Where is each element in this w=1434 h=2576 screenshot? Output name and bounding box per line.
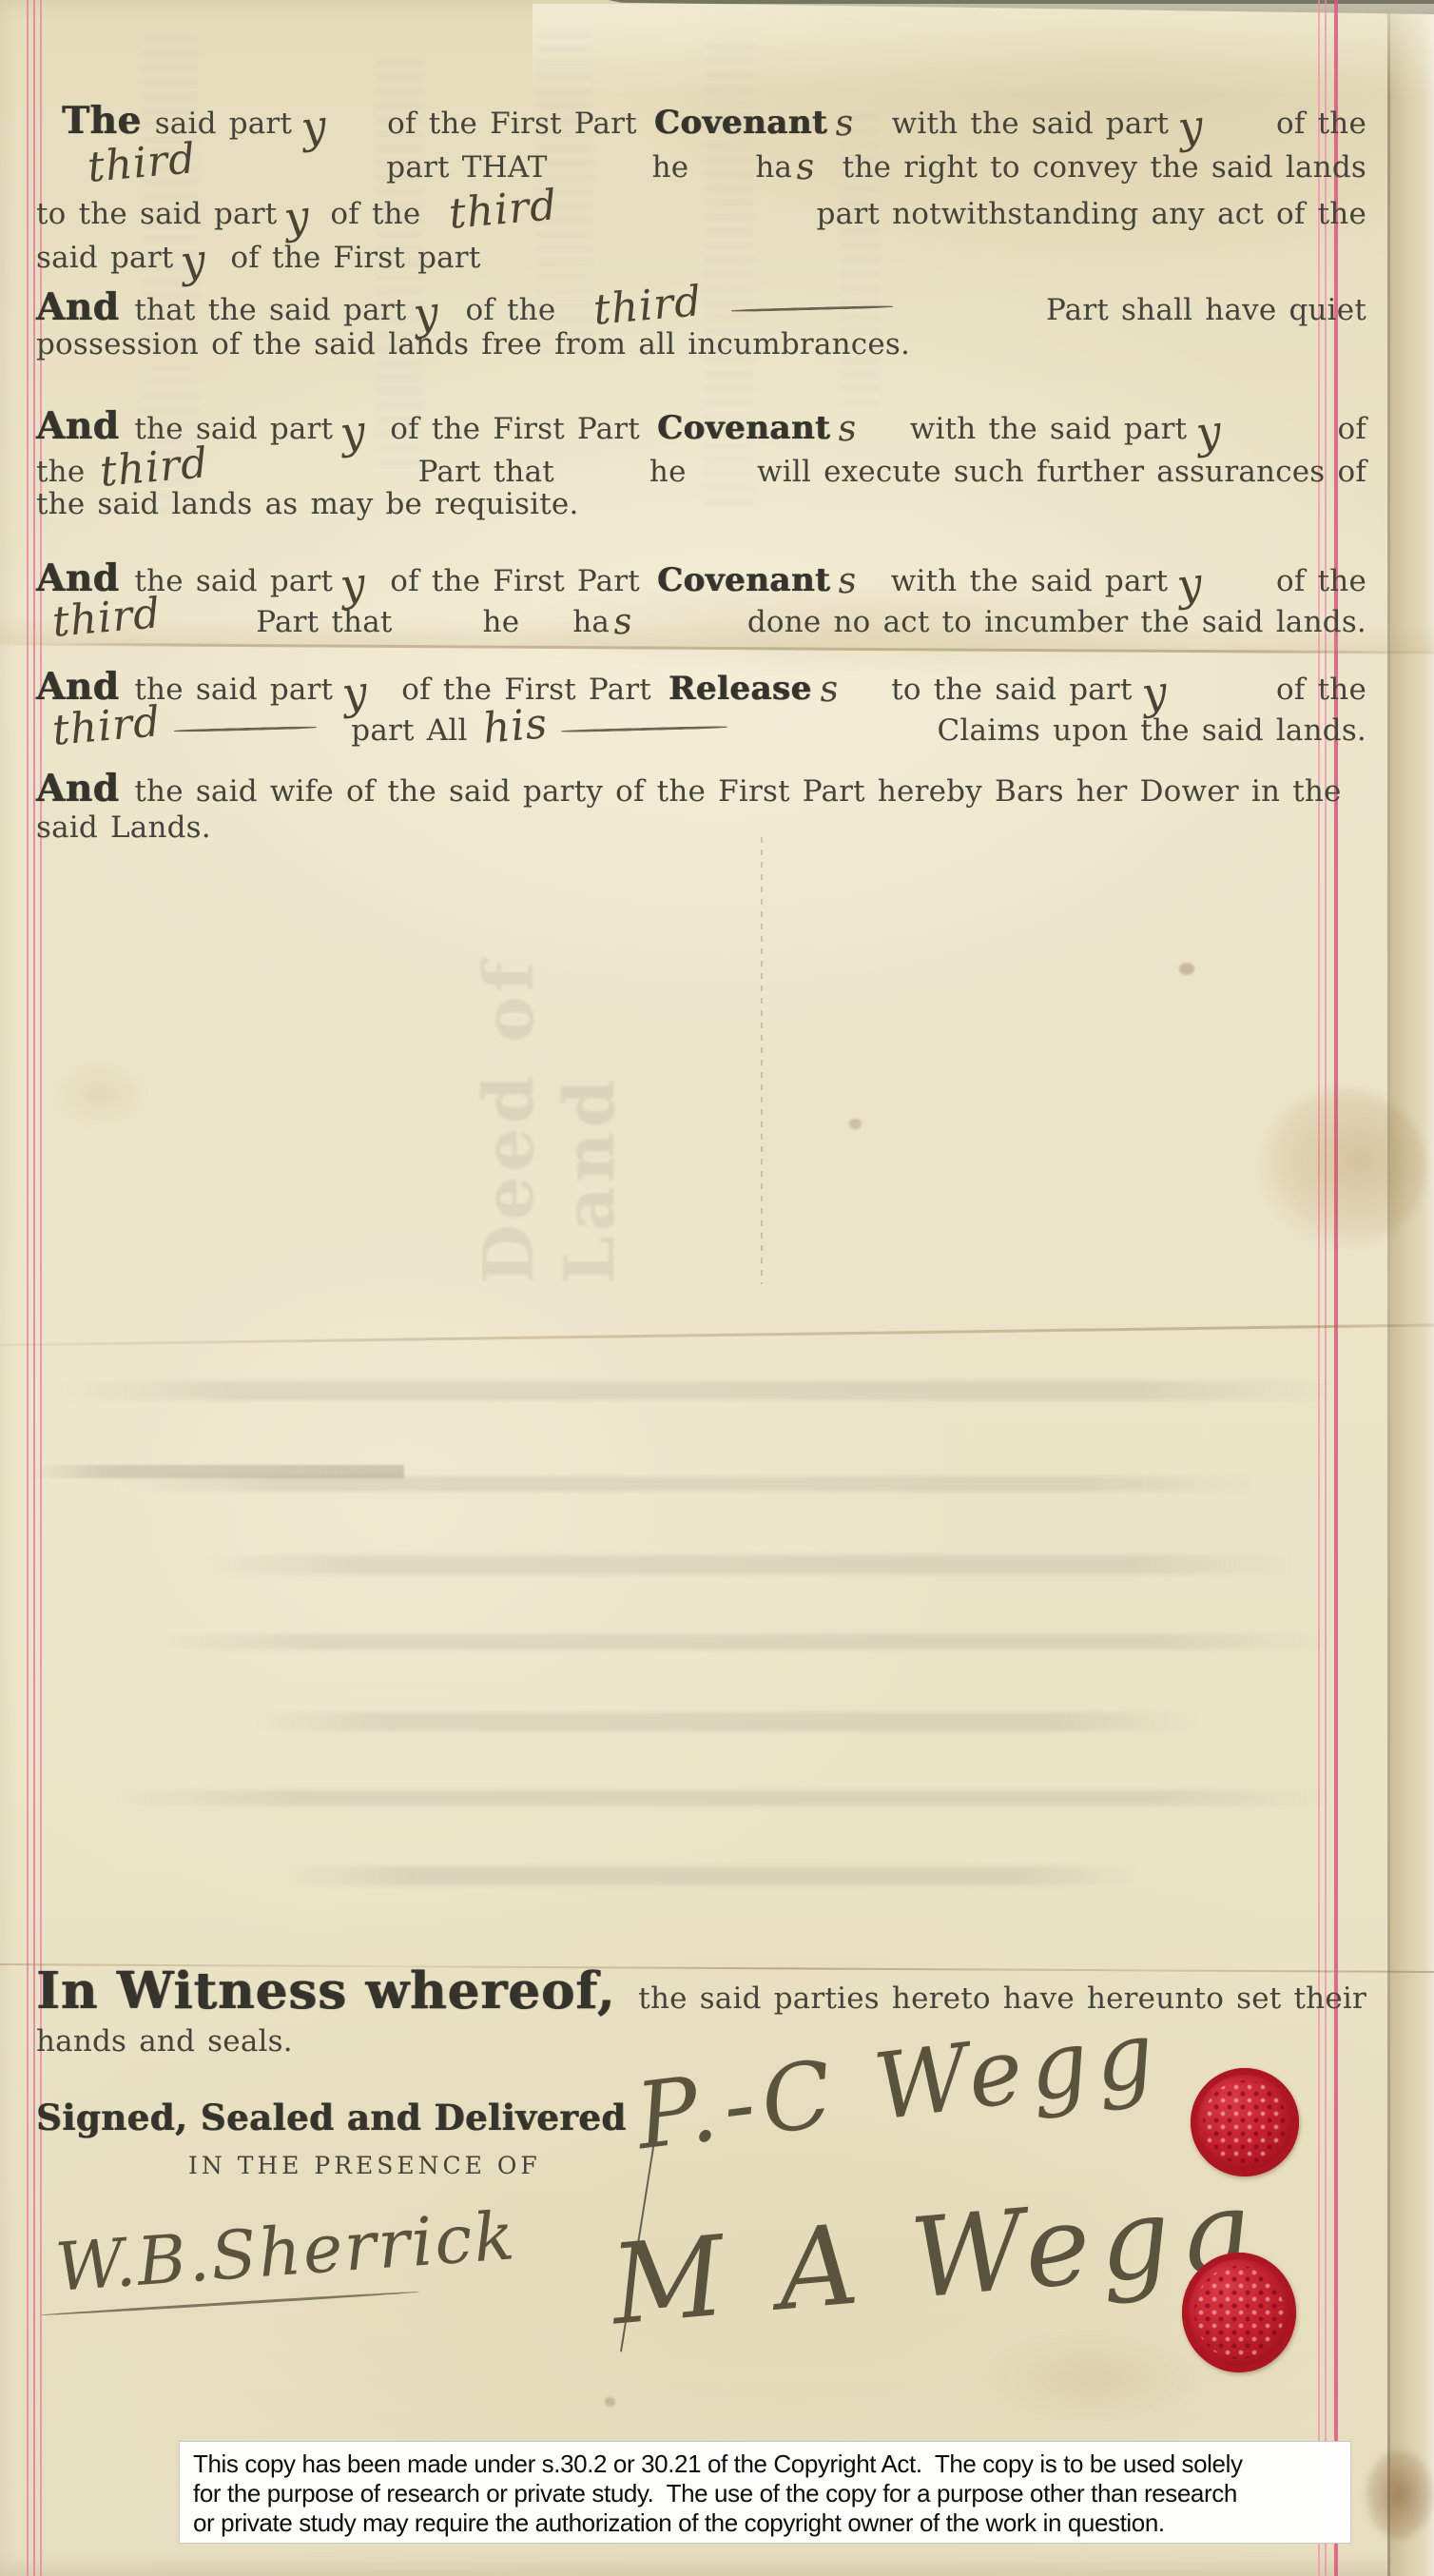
- stain: [989, 2335, 1198, 2421]
- printed-text: Claims upon the said lands.: [938, 713, 1366, 748]
- left-margin-line: [33, 0, 35, 2576]
- covenant-right-to-convey-line2: third part THAT he ha s the right to con…: [87, 139, 1366, 187]
- ink-rule: [174, 726, 317, 732]
- covenant-right-to-convey-line4: said part y of the First part: [36, 226, 481, 278]
- copyright-line: for the purpose of research or private s…: [193, 2479, 1337, 2508]
- dower-bar-line1: And the said wife of the said party of t…: [36, 767, 1366, 810]
- ink-rule: [731, 305, 893, 312]
- further-assurances-line3: the said lands as may be requisite.: [36, 487, 579, 521]
- printed-text: will execute such further assurances of: [757, 455, 1366, 489]
- right-margin-line: [1334, 0, 1338, 2576]
- handwritten-insertion: third: [50, 697, 163, 755]
- printed-text: he: [649, 455, 687, 489]
- printed-text: the right to convey the said lands: [843, 150, 1366, 185]
- ink-rule: [561, 726, 727, 733]
- quiet-possession-line1: And that the said part y of the third Pa…: [36, 279, 1366, 330]
- ink-bleed-through: [200, 1555, 1293, 1574]
- printed-text: the said part: [134, 412, 333, 446]
- printed-text: of the First part: [230, 241, 480, 275]
- right-margin-line: [1318, 0, 1320, 2576]
- ink-bleed-through: [114, 1790, 1331, 1805]
- printed-text: said Lands.: [36, 810, 211, 845]
- printed-text: he: [483, 605, 520, 639]
- printed-text: Part shall have quiet: [1046, 293, 1366, 327]
- no-incumbrance-line2: third Part that he ha s done no act to i…: [52, 594, 1366, 642]
- printed-text: with the said part: [892, 107, 1170, 141]
- witness-clause-line2: hands and seals.: [36, 2024, 293, 2059]
- release-claims-line2: third part All his Claims upon the said …: [52, 702, 1366, 751]
- signed-sealed-delivered: Signed, Sealed and Delivered: [36, 2097, 627, 2138]
- ink-bleed-through: [114, 1476, 1255, 1492]
- handwritten-insertion: s: [612, 599, 634, 642]
- printed-text: that the said part: [134, 293, 406, 327]
- further-assurances-line2: the third Part that he will execute such…: [36, 443, 1366, 492]
- blackletter-word: Covenant: [654, 104, 827, 142]
- paper-right-edge: [1387, 0, 1390, 2576]
- printed-text: of the First Part: [387, 107, 637, 141]
- printed-text: done no act to incumber the said lands.: [747, 605, 1366, 639]
- blackletter-word: Covenant: [657, 409, 830, 447]
- printed-text: of: [1337, 412, 1366, 446]
- signature-grantor: P.-C Wegg: [630, 2000, 1167, 2171]
- deed-scan-page: Deed of Land The said part y of the Firs…: [0, 0, 1434, 2576]
- foxing-spot: [849, 1119, 862, 1129]
- red-wax-seal: [1182, 2253, 1296, 2372]
- printed-text: of the: [1276, 107, 1366, 141]
- blackletter-word: And: [36, 404, 119, 448]
- foxing-spot: [605, 2397, 615, 2407]
- printed-text: possession of the said lands free from a…: [36, 327, 910, 361]
- signature-grantor-wife: M A Wegg: [606, 2165, 1264, 2350]
- printed-text: Part that: [256, 605, 392, 639]
- witness-clause-line1: In Witness whereof, the said parties her…: [36, 1961, 1366, 2020]
- copyright-line: or private study may require the authori…: [193, 2508, 1337, 2538]
- handwritten-insertion: third: [591, 277, 704, 335]
- handwritten-insertion: s: [795, 145, 817, 187]
- underlying-page-edge: [1390, 0, 1434, 2576]
- top-fold-highlight: [533, 4, 1434, 95]
- printed-text: of the First Part: [390, 412, 640, 446]
- foxing-spot: [1179, 963, 1194, 975]
- printed-text: with the said part: [910, 412, 1188, 446]
- left-margin-line: [40, 0, 42, 2576]
- printed-text: part All: [351, 713, 467, 748]
- ink-bleed-through: [29, 1465, 404, 1478]
- blackletter-word: And: [36, 285, 119, 329]
- printed-smallcaps: IN THE PRESENCE OF: [188, 2152, 541, 2179]
- red-wax-seal: [1191, 2068, 1299, 2176]
- blackletter-word: And: [36, 767, 119, 810]
- blackletter-word: The: [62, 99, 142, 143]
- printed-text: the said wife of the said party of the F…: [134, 774, 1341, 809]
- printed-text: hands and seals.: [36, 2024, 293, 2059]
- printed-text: ha: [755, 150, 792, 185]
- quiet-possession-line2: possession of the said lands free from a…: [36, 327, 910, 361]
- copyright-line: This copy has been made under s.30.2 or …: [193, 2449, 1337, 2479]
- printed-text: the: [36, 455, 85, 489]
- blackletter-phrase: Signed, Sealed and Delivered: [36, 2097, 627, 2138]
- vertical-fold-crease: [761, 837, 763, 1284]
- printed-text: part THAT: [386, 150, 547, 185]
- ink-bleed-through: [57, 1381, 1331, 1400]
- handwritten-insertion: his: [480, 699, 549, 753]
- left-margin-line: [27, 0, 29, 2576]
- ink-bleed-through: [143, 1634, 1331, 1649]
- right-margin-line: [1325, 0, 1327, 2576]
- printed-text: said part: [36, 241, 173, 275]
- handwritten-insertion: third: [50, 589, 163, 647]
- printed-text: the said lands as may be requisite.: [36, 487, 579, 521]
- handwritten-insertion: s: [834, 101, 856, 144]
- covenant-right-to-convey-line1: The said part y of the First Part Covena…: [62, 92, 1366, 144]
- dower-bar-line2: said Lands.: [36, 810, 211, 845]
- printed-text: he: [652, 150, 689, 185]
- signature-witness: W.B.Sherrick: [53, 2196, 519, 2307]
- in-the-presence-of: IN THE PRESENCE OF: [188, 2152, 541, 2179]
- blackletter-phrase: In Witness whereof,: [36, 1961, 615, 2020]
- stain: [57, 1065, 143, 1122]
- printed-text: Part that: [418, 455, 554, 489]
- printed-text: the said parties hereto have hereunto se…: [638, 1981, 1366, 2016]
- ink-bleed-through: [247, 1712, 1198, 1731]
- bleed-through-deed-title: Deed of Land: [468, 885, 630, 1284]
- printed-text: of the: [465, 293, 555, 327]
- further-assurances-line1: And the said part y of the First Part Co…: [36, 398, 1366, 449]
- printed-text: ha: [572, 605, 610, 639]
- copyright-notice: This copy has been made under s.30.2 or …: [179, 2441, 1351, 2544]
- ink-bleed-through: [285, 1866, 1141, 1885]
- fold-crease: [0, 1323, 1434, 1346]
- printed-text: part notwithstanding any act of the: [817, 197, 1366, 231]
